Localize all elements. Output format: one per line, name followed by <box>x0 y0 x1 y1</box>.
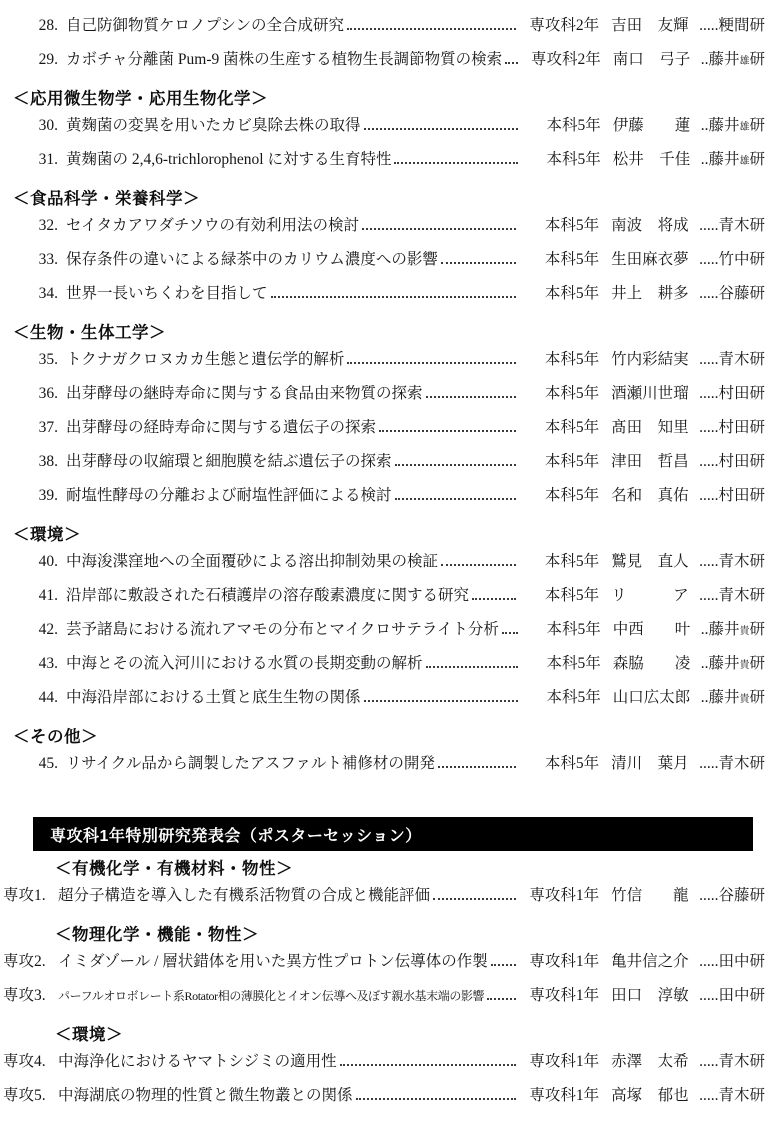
item-number: 35. <box>35 351 58 369</box>
item-number: 44. <box>35 689 58 707</box>
lab-name: 谷藤研 <box>718 887 765 904</box>
item-lab-group: ..藤井貴研 <box>701 651 765 673</box>
item-number: 40. <box>35 553 58 571</box>
item-lab-group: ..藤井雄研 <box>701 47 765 69</box>
dot-leader <box>505 62 518 64</box>
dot-leader-short: ..... <box>699 1053 718 1070</box>
lab-name-subscript: 雄 <box>739 56 749 67</box>
dot-leader-short: ..... <box>699 17 718 34</box>
item-student-name: 赤澤 太希 <box>611 1049 699 1071</box>
item-year: 本科5年 <box>521 651 601 673</box>
item-year: 専攻科1年 <box>519 883 599 905</box>
lab-name-subscript: 貴 <box>739 626 749 637</box>
item-student-name: 酒瀬川世瑠 <box>611 381 699 403</box>
item-year: 本科5年 <box>521 685 601 707</box>
presentation-row: 35. トクナガクロヌカカ生態と遺伝学的解析 本科5年 竹内彩結実 .....青… <box>0 347 768 381</box>
item-number: 43. <box>35 655 58 673</box>
dot-leader <box>426 396 517 398</box>
item-student-name: 南波 将成 <box>611 213 699 235</box>
lab-name: 村田研 <box>718 419 765 436</box>
item-title: 出芽酵母の収縮環と細胞膜を結ぶ遺伝子の探索 <box>66 449 392 471</box>
item-title: 世界一長いちくわを目指して <box>66 281 268 303</box>
presentation-row: 41. 沿岸部に敷設された石積護岸の溶存酸素濃度に関する研究 本科5年 リ ア … <box>0 583 768 617</box>
lab-name: 村田研 <box>718 487 765 504</box>
section-header: ＜物理化学・機能・物性＞ <box>0 917 768 949</box>
lab-name: 青木研 <box>718 587 765 604</box>
item-student-name: 吉田 友輝 <box>611 13 699 35</box>
item-lab-group: .....青木研 <box>699 213 765 235</box>
item-lab-group: ..藤井貴研 <box>701 617 765 639</box>
program-page: 28. 自己防御物質ケロノプシンの全合成研究 専攻科2年 吉田 友輝 .....… <box>0 0 768 1117</box>
lab-name: 青木研 <box>718 755 765 772</box>
item-year: 本科5年 <box>519 381 599 403</box>
presentation-row: 専攻3. パーフルオロボレート系Rotator相の薄膜化とイオン伝導へ及ぼす親水… <box>0 983 768 1017</box>
dot-leader <box>347 362 516 364</box>
item-year: 本科5年 <box>519 213 599 235</box>
item-title: 中海湖底の物理的性質と微生物叢との関係 <box>58 1083 353 1105</box>
dot-leader-short: ..... <box>699 587 718 604</box>
dot-leader-short: ..... <box>699 453 718 470</box>
section-header-label: ＜その他＞ <box>13 723 98 747</box>
item-lab-group: .....村田研 <box>699 415 765 437</box>
section-header-label: ＜物理化学・機能・物性＞ <box>55 921 259 945</box>
item-lab-group: .....竹中研 <box>699 247 765 269</box>
item-title: 中海浚渫窪地への全面覆砂による溶出抑制効果の検証 <box>66 549 438 571</box>
item-number: 37. <box>35 419 58 437</box>
presentation-row: 33. 保存条件の違いによる緑茶中のカリウム濃度への影響 本科5年 生田麻衣夢 … <box>0 247 768 281</box>
dot-leader <box>379 430 516 432</box>
item-year: 本科5年 <box>519 549 599 571</box>
item-number: 32. <box>35 217 58 235</box>
dot-leader <box>271 296 517 298</box>
item-student-name: 亀井信之介 <box>611 949 699 971</box>
section-header: ＜応用微生物学・応用生物化学＞ <box>0 81 768 113</box>
item-year: 本科5年 <box>519 751 599 773</box>
item-lab-group: .....青木研 <box>699 549 765 571</box>
dot-leader <box>340 1064 516 1066</box>
dot-leader <box>491 964 516 966</box>
lab-name-subscript: 貴 <box>739 694 749 705</box>
item-number: 33. <box>35 251 58 269</box>
dot-leader <box>394 162 517 164</box>
item-number: 専攻2. <box>3 949 56 971</box>
item-year: 本科5年 <box>521 113 601 135</box>
item-lab-group: .....村田研 <box>699 449 765 471</box>
item-year: 本科5年 <box>519 247 599 269</box>
dot-leader-short: ..... <box>699 251 718 268</box>
item-year: 専攻科1年 <box>519 1083 599 1105</box>
item-lab-group: .....村田研 <box>699 381 765 403</box>
item-year: 本科5年 <box>521 617 601 639</box>
item-year: 本科5年 <box>519 483 599 505</box>
item-student-name: 清川 葉月 <box>611 751 699 773</box>
item-title: 中海とその流入河川における水質の長期変動の解析 <box>66 651 423 673</box>
item-lab-group: .....青木研 <box>699 751 765 773</box>
dot-leader <box>433 898 516 900</box>
item-lab-group: .....田中研 <box>699 983 765 1005</box>
item-title: 黄麹菌の 2,4,6-trichlorophenol に対する生育特性 <box>66 147 391 169</box>
lab-name-suffix: 研 <box>749 51 765 68</box>
lab-name: 粳間研 <box>718 17 765 34</box>
dot-leader-short: ..... <box>699 419 718 436</box>
item-year: 専攻科1年 <box>519 983 599 1005</box>
section-header: ＜環境＞ <box>0 1017 768 1049</box>
item-student-name: 南口 弓子 <box>613 47 701 69</box>
item-title: 沿岸部に敷設された石積護岸の溶存酸素濃度に関する研究 <box>66 583 469 605</box>
dot-leader <box>364 128 518 130</box>
lab-name: 藤井 <box>708 689 739 706</box>
item-year: 本科5年 <box>519 415 599 437</box>
item-title: 出芽酵母の継時寿命に関与する食品由来物質の探索 <box>66 381 423 403</box>
item-number: 34. <box>35 285 58 303</box>
lab-name-subscript: 雄 <box>739 156 749 167</box>
item-student-name: 竹信 龍 <box>611 883 699 905</box>
item-lab-group: .....青木研 <box>699 583 765 605</box>
presentation-row: 45. リサイクル品から調製したアスファルト補修材の開発 本科5年 清川 葉月 … <box>0 751 768 785</box>
item-title: イミダゾール / 層状錯体を用いた異方性プロトン伝導体の作製 <box>58 949 488 971</box>
item-year: 専攻科1年 <box>519 1049 599 1071</box>
item-title: カボチャ分離菌 Pum-9 菌株の生産する植物生長調節物質の検索 <box>66 47 502 69</box>
lab-name-suffix: 研 <box>749 621 765 638</box>
item-student-name: 伊藤 蓮 <box>613 113 701 135</box>
item-lab-group: .....青木研 <box>699 347 765 369</box>
item-lab-group: .....青木研 <box>699 1083 765 1105</box>
item-student-name: 名和 真佑 <box>611 483 699 505</box>
presentation-row: 37. 出芽酵母の経時寿命に関与する遺伝子の探索 本科5年 髙田 知里 ....… <box>0 415 768 449</box>
dot-leader-short: ..... <box>699 887 718 904</box>
item-student-name: 山口広太郎 <box>613 685 701 707</box>
lab-name-subscript: 雄 <box>739 122 749 133</box>
presentation-row: 38. 出芽酵母の収縮環と細胞膜を結ぶ遺伝子の探索 本科5年 津田 哲昌 ...… <box>0 449 768 483</box>
item-student-name: 生田麻衣夢 <box>611 247 699 269</box>
item-title: 自己防御物質ケロノプシンの全合成研究 <box>66 13 344 35</box>
item-year: 本科5年 <box>519 281 599 303</box>
lab-name: 青木研 <box>718 1053 765 1070</box>
dot-leader <box>487 998 516 1000</box>
presentation-row: 専攻2. イミダゾール / 層状錯体を用いた異方性プロトン伝導体の作製 専攻科1… <box>0 949 768 983</box>
lab-name: 青木研 <box>718 217 765 234</box>
item-title: 中海浄化におけるヤマトシジミの適用性 <box>58 1049 337 1071</box>
senkouka-presentation-list: ＜有機化学・有機材料・物性＞ 専攻1. 超分子構造を導入した有機系活物質の合成と… <box>0 851 768 1117</box>
item-number: 30. <box>35 117 58 135</box>
presentation-row: 専攻5. 中海湖底の物理的性質と微生物叢との関係 専攻科1年 高塚 郁也 ...… <box>0 1083 768 1117</box>
item-title: セイタカアワダチソウの有効利用法の検討 <box>66 213 359 235</box>
item-title: リサイクル品から調製したアスファルト補修材の開発 <box>66 751 435 773</box>
dot-leader <box>472 598 516 600</box>
lab-name-suffix: 研 <box>749 655 765 672</box>
presentation-row: 43. 中海とその流入河川における水質の長期変動の解析 本科5年 森脇 凌 ..… <box>0 651 768 685</box>
honka-presentation-list: 28. 自己防御物質ケロノプシンの全合成研究 専攻科2年 吉田 友輝 .....… <box>0 13 768 785</box>
presentation-row: 39. 耐塩性酵母の分離および耐塩性評価による検討 本科5年 名和 真佑 ...… <box>0 483 768 517</box>
dot-leader-short: ..... <box>699 987 718 1004</box>
dot-leader-short: ..... <box>699 217 718 234</box>
dot-leader <box>395 498 517 500</box>
dot-leader-short: ..... <box>699 351 718 368</box>
presentation-row: 29. カボチャ分離菌 Pum-9 菌株の生産する植物生長調節物質の検索 専攻科… <box>0 47 768 81</box>
section-header: ＜生物・生体工学＞ <box>0 315 768 347</box>
presentation-row: 28. 自己防御物質ケロノプシンの全合成研究 専攻科2年 吉田 友輝 .....… <box>0 13 768 47</box>
dot-leader <box>426 666 518 668</box>
section-header-label: ＜環境＞ <box>13 521 81 545</box>
lab-name-subscript: 貴 <box>739 660 749 671</box>
dot-leader <box>438 766 516 768</box>
section-header-label: ＜食品科学・栄養科学＞ <box>13 185 200 209</box>
poster-session-banner: 専攻科1年特別研究発表会（ポスターセッション） <box>33 817 753 851</box>
presentation-row: 40. 中海浚渫窪地への全面覆砂による溶出抑制効果の検証 本科5年 鷲見 直人 … <box>0 549 768 583</box>
section-header-label: ＜環境＞ <box>55 1021 123 1045</box>
section-header-label: ＜生物・生体工学＞ <box>13 319 166 343</box>
item-title: 耐塩性酵母の分離および耐塩性評価による検討 <box>66 483 392 505</box>
presentation-row: 30. 黄麹菌の変異を用いたカビ臭除去株の取得 本科5年 伊藤 蓮 ..藤井雄研 <box>0 113 768 147</box>
item-student-name: 津田 哲昌 <box>611 449 699 471</box>
lab-name: 青木研 <box>718 1087 765 1104</box>
poster-session-banner-label: 専攻科1年特別研究発表会（ポスターセッション） <box>50 823 422 846</box>
item-lab-group: ..藤井雄研 <box>701 147 765 169</box>
item-year: 専攻科2年 <box>521 47 601 69</box>
item-number: 42. <box>35 621 58 639</box>
lab-name-suffix: 研 <box>749 151 765 168</box>
dot-leader-short: ..... <box>699 487 718 504</box>
dot-leader <box>364 700 518 702</box>
lab-name: 青木研 <box>718 553 765 570</box>
presentation-row: 31. 黄麹菌の 2,4,6-trichlorophenol に対する生育特性 … <box>0 147 768 181</box>
lab-name: 藤井 <box>708 151 739 168</box>
item-student-name: 髙田 知里 <box>611 415 699 437</box>
lab-name: 藤井 <box>708 117 739 134</box>
lab-name: 村田研 <box>718 453 765 470</box>
lab-name: 藤井 <box>708 621 739 638</box>
item-title: トクナガクロヌカカ生態と遺伝学的解析 <box>66 347 344 369</box>
item-number: 31. <box>35 151 58 169</box>
dot-leader-short: ..... <box>699 385 718 402</box>
lab-name: 田中研 <box>718 953 765 970</box>
section-header: ＜有機化学・有機材料・物性＞ <box>0 851 768 883</box>
item-lab-group: .....谷藤研 <box>699 883 765 905</box>
item-number: 専攻3. <box>3 983 56 1005</box>
dot-leader-short: ..... <box>699 285 718 302</box>
dot-leader <box>441 564 516 566</box>
item-student-name: 鷲見 直人 <box>611 549 699 571</box>
item-number: 39. <box>35 487 58 505</box>
item-title: 中海沿岸部における土質と底生生物の関係 <box>66 685 361 707</box>
dot-leader-short: ..... <box>699 553 718 570</box>
dot-leader-short: ..... <box>699 1087 718 1104</box>
dot-leader <box>347 28 516 30</box>
dot-leader <box>441 262 516 264</box>
item-lab-group: .....田中研 <box>699 949 765 971</box>
item-title: 保存条件の違いによる緑茶中のカリウム濃度への影響 <box>66 247 438 269</box>
dot-leader <box>356 1098 517 1100</box>
item-student-name: 松井 千佳 <box>613 147 701 169</box>
dot-leader-short: ..... <box>699 953 718 970</box>
item-title: 出芽酵母の経時寿命に関与する遺伝子の探索 <box>66 415 376 437</box>
item-lab-group: .....谷藤研 <box>699 281 765 303</box>
lab-name: 村田研 <box>718 385 765 402</box>
item-lab-group: .....青木研 <box>699 1049 765 1071</box>
item-title: 超分子構造を導入した有機系活物質の合成と機能評価 <box>58 883 430 905</box>
item-number: 38. <box>35 453 58 471</box>
item-student-name: リ ア <box>611 583 699 605</box>
lab-name: 竹中研 <box>718 251 765 268</box>
section-header: ＜食品科学・栄養科学＞ <box>0 181 768 213</box>
dot-leader-short: ..... <box>699 755 718 772</box>
section-header-label: ＜応用微生物学・応用生物化学＞ <box>13 85 268 109</box>
dot-leader <box>502 632 518 634</box>
dot-leader <box>395 464 517 466</box>
item-year: 専攻科2年 <box>519 13 599 35</box>
item-student-name: 高塚 郁也 <box>611 1083 699 1105</box>
item-number: 28. <box>35 17 58 35</box>
lab-name-suffix: 研 <box>749 117 765 134</box>
lab-name-suffix: 研 <box>749 689 765 706</box>
presentation-row: 42. 芸予諸島における流れアマモの分布とマイクロサテライト分析 本科5年 中西… <box>0 617 768 651</box>
presentation-row: 36. 出芽酵母の継時寿命に関与する食品由来物質の探索 本科5年 酒瀬川世瑠 .… <box>0 381 768 415</box>
item-number: 29. <box>35 51 58 69</box>
item-year: 専攻科1年 <box>519 949 599 971</box>
item-title: 黄麹菌の変異を用いたカビ臭除去株の取得 <box>66 113 361 135</box>
item-lab-group: .....村田研 <box>699 483 765 505</box>
section-header: ＜環境＞ <box>0 517 768 549</box>
item-year: 本科5年 <box>519 449 599 471</box>
item-lab-group: ..藤井貴研 <box>701 685 765 707</box>
lab-name: 谷藤研 <box>718 285 765 302</box>
lab-name: 藤井 <box>708 51 739 68</box>
item-student-name: 中西 叶 <box>613 617 701 639</box>
item-lab-group: ..藤井雄研 <box>701 113 765 135</box>
presentation-row: 34. 世界一長いちくわを目指して 本科5年 井上 耕多 .....谷藤研 <box>0 281 768 315</box>
item-number: 専攻4. <box>3 1049 56 1071</box>
item-year: 本科5年 <box>519 583 599 605</box>
item-number: 41. <box>35 587 58 605</box>
section-header-label: ＜有機化学・有機材料・物性＞ <box>55 855 293 879</box>
item-year: 本科5年 <box>519 347 599 369</box>
lab-name: 青木研 <box>718 351 765 368</box>
item-student-name: 竹内彩結実 <box>611 347 699 369</box>
item-number: 36. <box>35 385 58 403</box>
presentation-row: 44. 中海沿岸部における土質と底生生物の関係 本科5年 山口広太郎 ..藤井貴… <box>0 685 768 719</box>
item-number: 45. <box>35 755 58 773</box>
presentation-row: 専攻1. 超分子構造を導入した有機系活物質の合成と機能評価 専攻科1年 竹信 龍… <box>0 883 768 917</box>
item-number: 専攻1. <box>3 883 56 905</box>
lab-name: 藤井 <box>708 655 739 672</box>
item-student-name: 井上 耕多 <box>611 281 699 303</box>
item-year: 本科5年 <box>521 147 601 169</box>
section-header: ＜その他＞ <box>0 719 768 751</box>
presentation-row: 32. セイタカアワダチソウの有効利用法の検討 本科5年 南波 将成 .....… <box>0 213 768 247</box>
item-title: パーフルオロボレート系Rotator相の薄膜化とイオン伝導へ及ぼす親水基末端の影… <box>58 987 484 1004</box>
dot-leader <box>362 228 516 230</box>
item-student-name: 田口 淳敏 <box>611 983 699 1005</box>
item-lab-group: .....粳間研 <box>699 13 765 35</box>
presentation-row: 専攻4. 中海浄化におけるヤマトシジミの適用性 専攻科1年 赤澤 太希 ....… <box>0 1049 768 1083</box>
item-student-name: 森脇 凌 <box>613 651 701 673</box>
lab-name: 田中研 <box>718 987 765 1004</box>
item-number: 専攻5. <box>3 1083 56 1105</box>
item-title: 芸予諸島における流れアマモの分布とマイクロサテライト分析 <box>66 617 499 639</box>
